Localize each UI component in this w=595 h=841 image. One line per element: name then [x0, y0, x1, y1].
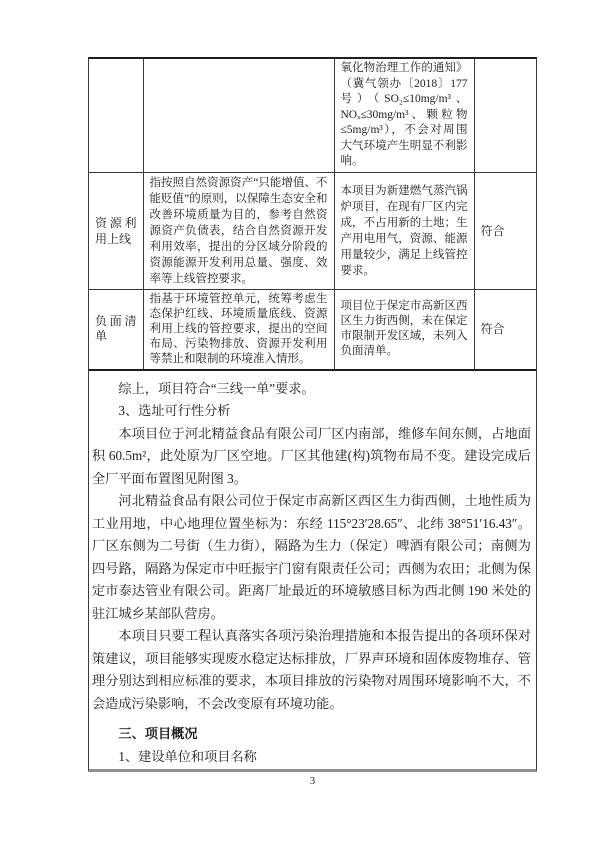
paragraph-summary-three-lines: 综上，项目符合“三线一单”要求。 [92, 378, 531, 401]
document-page: 氧化物治理工作的通知》（冀气领办〔2018〕177 号）（SO₂≤10mg/m³… [0, 0, 595, 841]
cell-category: 负面清单 [89, 289, 143, 370]
table-row-negative-list: 负面清单 指基于环境管控单元，统筹考虑生态保护红线、环境质量底线、资源利用上线的… [89, 289, 536, 370]
cell-conclusion: 符合 [474, 289, 536, 370]
page-number: 3 [88, 775, 537, 787]
cell-category [89, 59, 143, 172]
subheading-unit-and-name: 1、建设单位和项目名称 [92, 746, 531, 769]
cell-definition: 指按照自然资源资产“只能增值、不能贬值”的原则，以保障生态安全和改善环境质量为目… [143, 172, 334, 289]
report-frame: 氧化物治理工作的通知》（冀气领办〔2018〕177 号）（SO₂≤10mg/m³… [88, 57, 537, 772]
paragraph-site-location: 本项目位于河北精益食品有限公司厂区内南部，维修车间东侧，占地面积 60.5m²，… [92, 423, 531, 491]
paragraph-impact-conclusion: 本项目只要工程认真落实各项污染治理措施和本报告提出的各项环保对策建议，项目能够实… [92, 625, 531, 715]
cell-analysis: 本项目为新建燃气蒸汽锅炉项目，在现有厂区内完成，不占用新的土地；生产用电用气，资… [334, 172, 474, 289]
table-row-continuation: 氧化物治理工作的通知》（冀气领办〔2018〕177 号）（SO₂≤10mg/m³… [89, 59, 536, 172]
subheading-site-feasibility: 3、选址可行性分析 [92, 400, 531, 423]
cell-definition [143, 59, 334, 172]
document-body: 综上，项目符合“三线一单”要求。 3、选址可行性分析 本项目位于河北精益食品有限… [89, 371, 536, 773]
cell-conclusion: 符合 [474, 172, 536, 289]
cell-analysis: 项目位于保定市高新区西区生力街西侧，未在保定市限制开发区域，未列入负面清单。 [334, 289, 474, 370]
cell-definition: 指基于环境管控单元，统筹考虑生态保护红线、环境质量底线、资源利用上线的管控要求，… [143, 289, 334, 370]
three-lines-one-list-table: 氧化物治理工作的通知》（冀气领办〔2018〕177 号）（SO₂≤10mg/m³… [89, 59, 536, 371]
cell-category: 资源利用上线 [89, 172, 143, 289]
heading-project-overview: 三、项目概况 [92, 723, 531, 746]
paragraph-company-surroundings: 河北精益食品有限公司位于保定市高新区西区生力街西侧，土地性质为工业用地，中心地理… [92, 490, 531, 625]
table-row-resource-upper-limit: 资源利用上线 指按照自然资源资产“只能增值、不能贬值”的原则，以保障生态安全和改… [89, 172, 536, 289]
line-construction-unit: 建设单位：河北精益食品有限公司 [92, 768, 531, 772]
cell-analysis: 氧化物治理工作的通知》（冀气领办〔2018〕177 号）（SO₂≤10mg/m³… [334, 59, 474, 172]
cell-conclusion [474, 59, 536, 172]
